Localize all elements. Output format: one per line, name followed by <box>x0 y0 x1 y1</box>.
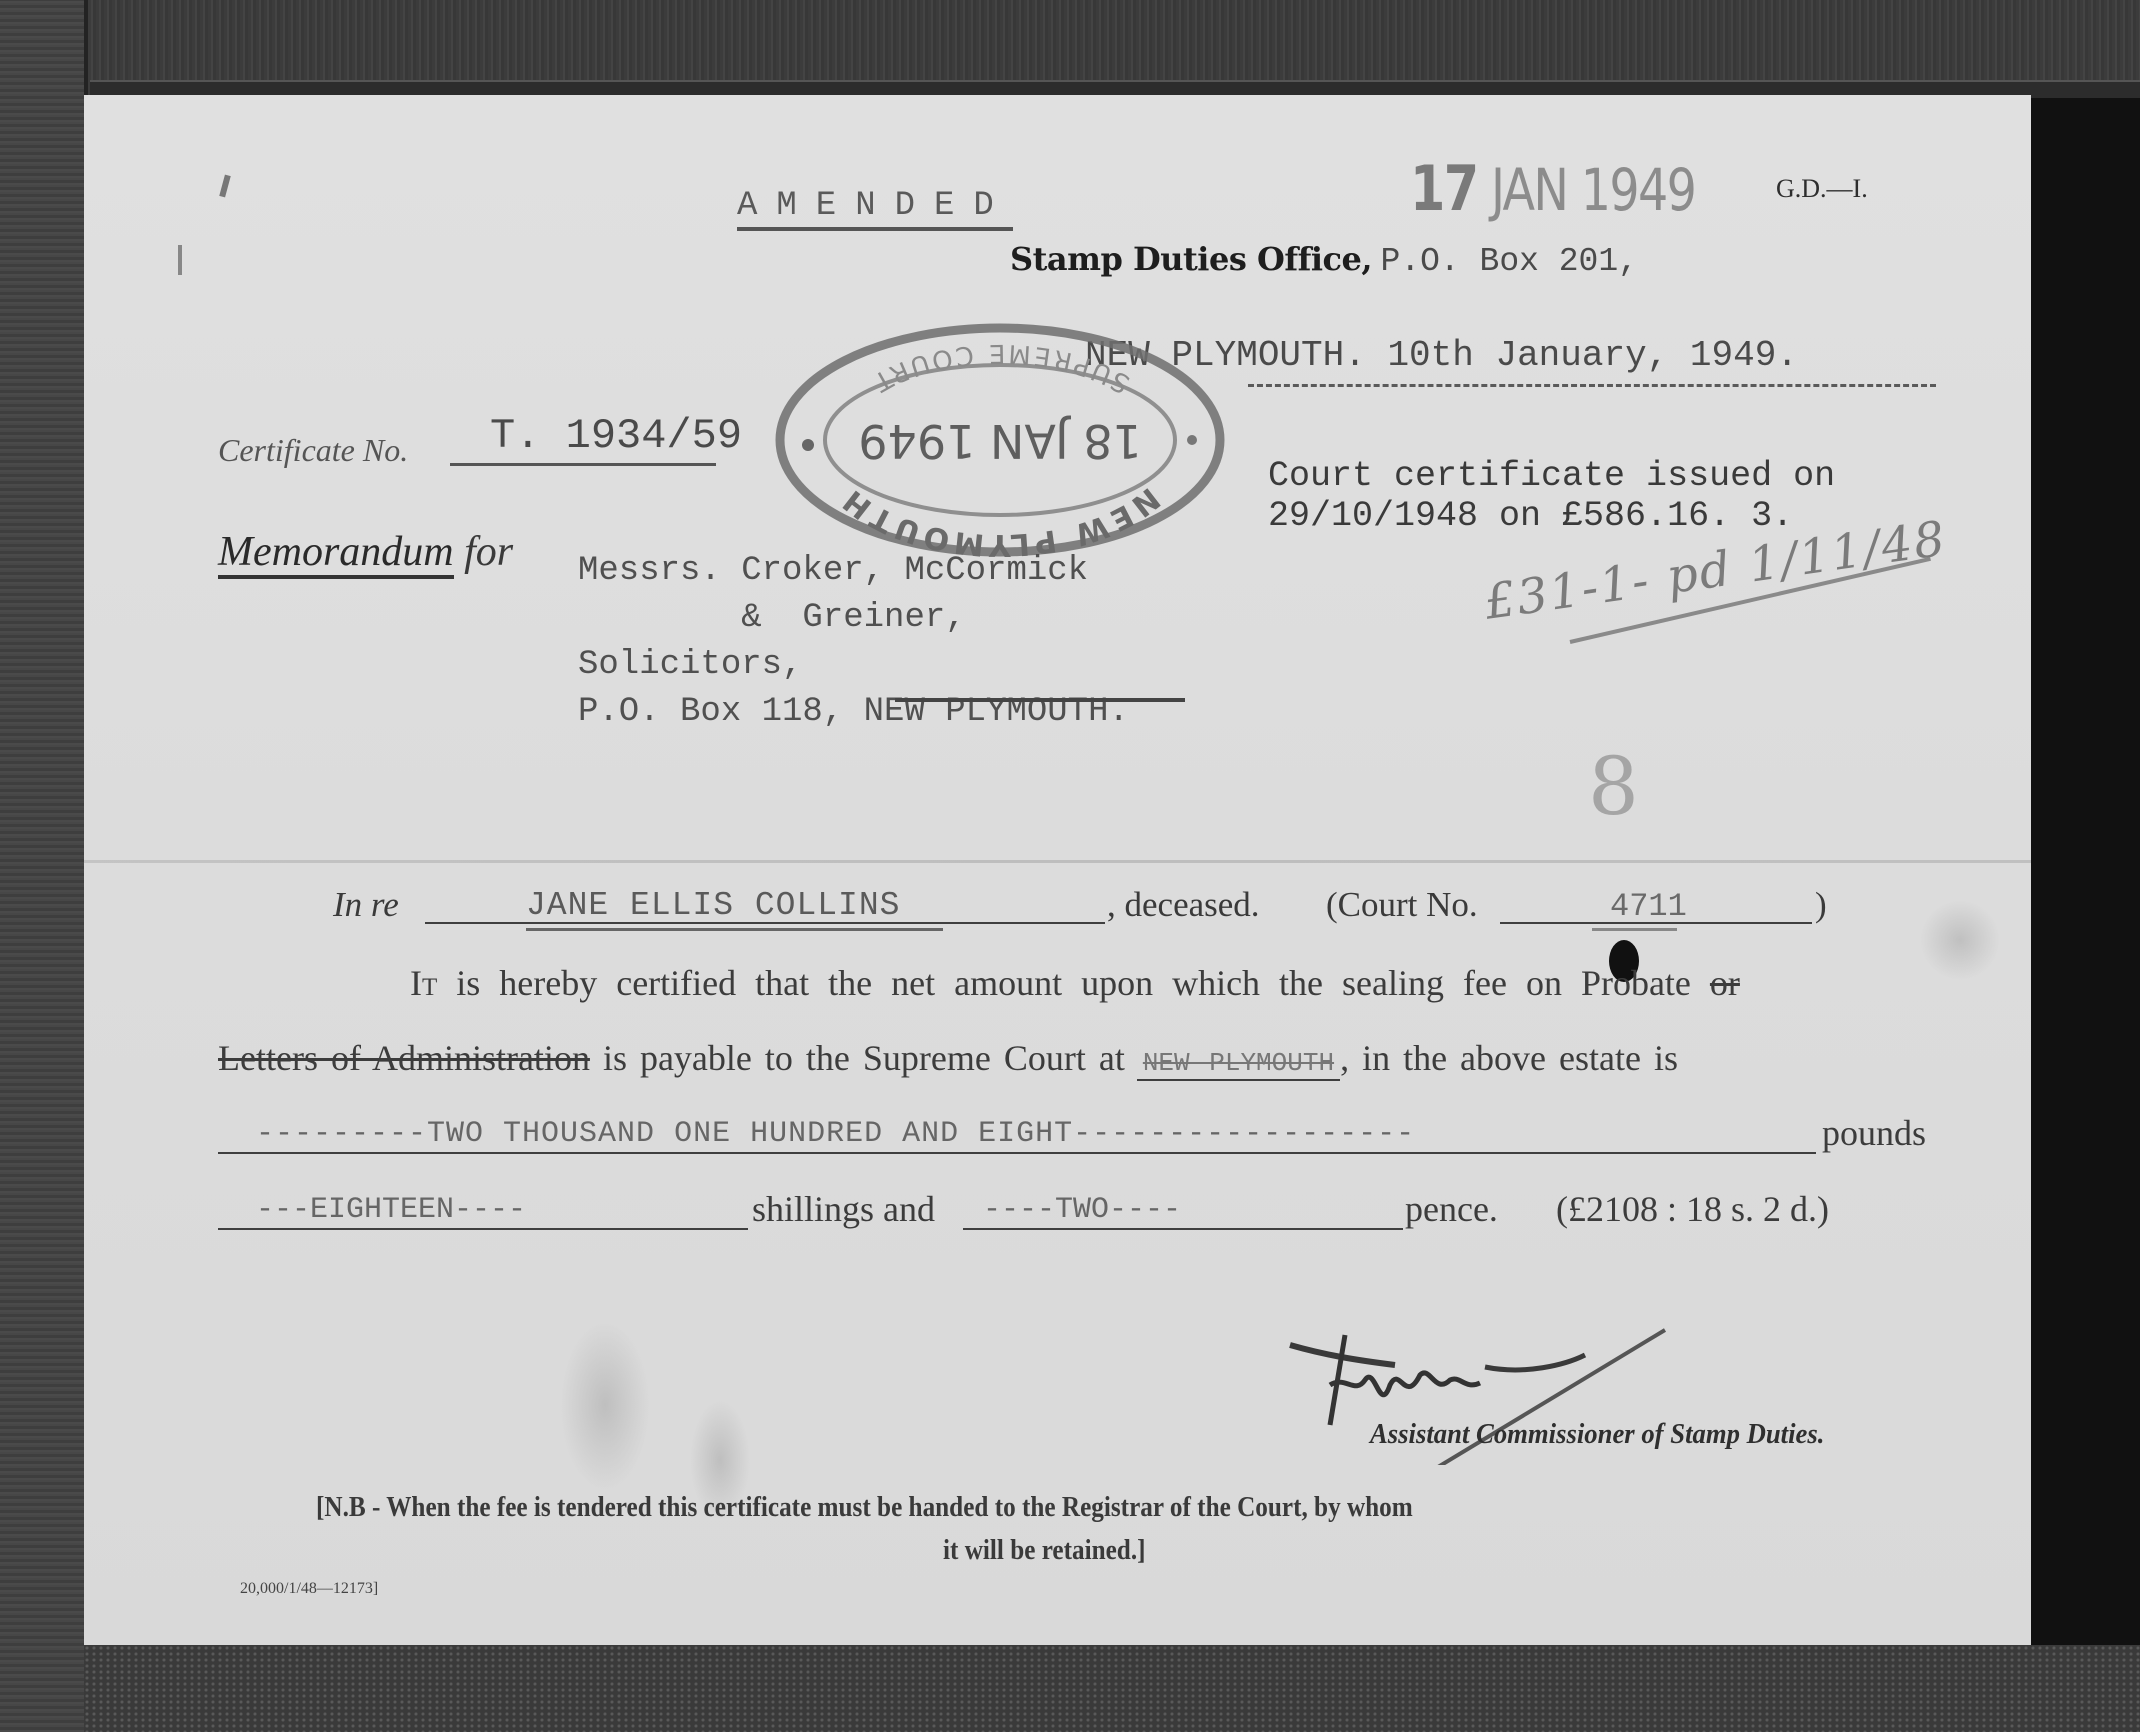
court-no-label: (Court No. <box>1326 885 1478 925</box>
seal-date: 18 JAN 1949 <box>858 414 1141 468</box>
pounds-label: pounds <box>1822 1112 1926 1154</box>
pence-blank <box>963 1228 1403 1230</box>
memorandum-for: for <box>464 529 513 575</box>
certification-line-2: Letters of Administration is payable to … <box>218 1037 1678 1081</box>
shillings-blank <box>218 1228 748 1230</box>
smudge <box>1920 900 2000 980</box>
pence-label: pence. <box>1405 1188 1498 1230</box>
total-amount: (£2108 : 18 s. 2 d.) <box>1556 1188 1829 1230</box>
deceased-name-underline <box>526 928 943 931</box>
binder-right <box>2031 98 2140 1732</box>
deceased-suffix: , deceased. <box>1107 885 1260 925</box>
svg-text:SUPREME COURT: SUPREME COURT <box>865 338 1135 399</box>
in-re-label: In re <box>333 885 399 925</box>
pounds-words: ---------TWO THOUSAND ONE HUNDRED AND EI… <box>256 1117 1415 1151</box>
memorandum-word: Memorandum <box>218 529 454 579</box>
line1-lead: It <box>410 963 437 1003</box>
received-stamp-month-year: JAN 1949 <box>1491 156 1695 224</box>
certificate-number: T. 1934/59 <box>490 412 742 460</box>
certificate-number-line <box>450 463 716 466</box>
court-certificate-note: Court certificate issued on 29/10/1948 o… <box>1268 456 1835 536</box>
line2-end: , in the above estate is <box>1340 1038 1678 1078</box>
pounds-blank <box>218 1152 1816 1154</box>
amended-label: AMENDED <box>737 187 1013 231</box>
letters-of-administration-struck: Letters of Administration <box>218 1038 590 1078</box>
line1-text: is hereby certified that the net amount … <box>456 963 1691 1003</box>
stray-mark <box>178 245 182 275</box>
line2-text: is payable to the Supreme Court at <box>603 1038 1125 1078</box>
page-mark: 8 <box>1588 740 1639 833</box>
form-code: G.D.—I. <box>1776 174 1868 204</box>
received-date-stamp: 17 JAN 1949 <box>1410 152 1695 225</box>
place-date-underline <box>1248 384 1936 387</box>
print-code: 20,000/1/48—12173] <box>240 1580 378 1598</box>
certification-line-1: It is hereby certified that the net amou… <box>410 962 1740 1004</box>
binder-bottom <box>84 1645 2140 1732</box>
deceased-name: JANE ELLIS COLLINS <box>526 887 900 924</box>
nb-note-line-2: it will be retained.] <box>943 1535 1146 1567</box>
nb-note-line-1: [N.B - When the fee is tendered this cer… <box>316 1492 1413 1524</box>
office-line: Stamp Duties Office, P.O. Box 201, <box>1010 240 1638 280</box>
court-no-close: ) <box>1815 885 1827 925</box>
seal-bottom-text: SUPREME COURT <box>865 338 1135 399</box>
address-city-underline <box>895 698 1185 702</box>
court-number-underline <box>1592 928 1677 931</box>
office-box: P.O. Box 201, <box>1381 243 1638 280</box>
certificate-label: Certificate No. <box>218 432 408 469</box>
smudge <box>560 1320 650 1490</box>
court-place-struck: NEW PLYMOUTH <box>1143 1048 1334 1078</box>
recipient-address: Messrs. Croker, McCormick & Greiner, Sol… <box>578 548 1129 736</box>
fold-crease <box>84 860 2031 863</box>
memorandum-label: Memorandum for <box>218 528 513 576</box>
pence-words: ----TWO---- <box>983 1193 1181 1227</box>
binder-spine <box>0 0 88 1732</box>
shillings-words: ---EIGHTEEN---- <box>256 1193 526 1227</box>
supreme-court-seal: NEW PLYMOUTH 18 JAN 1949 SUPREME COURT <box>770 315 1230 565</box>
signatory-title: Assistant Commissioner of Stamp Duties. <box>1370 1418 1824 1451</box>
court-number: 4711 <box>1610 888 1687 925</box>
line1-struck: or <box>1710 963 1740 1003</box>
office-name: Stamp Duties Office, <box>1010 240 1372 278</box>
received-stamp-day: 17 <box>1410 152 1477 225</box>
shillings-label: shillings and <box>752 1188 935 1230</box>
